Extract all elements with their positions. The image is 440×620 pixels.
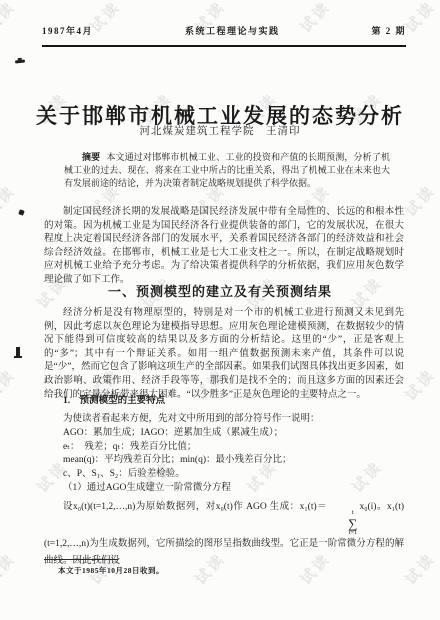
abstract: 摘要本文通过对邯郸市机械工业、工业的投资和产值的长期预测，分析了机械工业的过去、…	[64, 151, 390, 190]
watermark-text: 试读	[0, 180, 20, 221]
watermark-text: 试读	[400, 548, 440, 589]
abstract-text: 本文通过对邯郸市机械工业、工业的投资和产值的长期预测，分析了机械工业的过去、现在…	[64, 152, 390, 188]
summation-symbol: t∑i=1	[329, 510, 357, 536]
symbol-line-ago: AGO：累加生成；IAGO：逆累加生成（累减生成）；	[44, 427, 404, 441]
ink-smudge-middle	[18, 209, 24, 215]
watermark-text: 试读	[400, 364, 440, 405]
abstract-label: 摘要	[82, 152, 100, 162]
ink-smudge-top	[15, 59, 25, 63]
paragraph-intro: 制定国民经济长期的发展战略是国民经济发展中带有全局性的、长远的和根本性的对策。因…	[44, 206, 404, 288]
watermark-text: 试读	[0, 548, 20, 589]
symbol-line-posterior: c、P、S₁、S₂：后验差检验。	[44, 468, 404, 482]
symbol-definitions: 为使读者看起来方便，先对文中所用到的部分符号作一说明： AGO：累加生成；IAG…	[44, 413, 404, 496]
summation-lower-limit: i=1	[329, 530, 357, 537]
ink-smudge-lower	[16, 347, 20, 358]
journal-name: 系统工程理论与实践	[185, 24, 280, 37]
subsection-heading: 1. 预测模型的主要特点	[44, 392, 165, 406]
symbol-line-step1: （1）通过AGO生成建立一阶常微分方程	[44, 482, 404, 496]
sigma-icon: ∑	[329, 517, 357, 530]
journal-issue: 第 2 期	[371, 24, 406, 37]
formula-before: 设x₀(t)(t=1,2,…,n)为原始数据列，对x₀(t)作 AGO 生成：x…	[63, 502, 327, 512]
watermark-text: 试读	[400, 0, 440, 37]
footnote: 本文于1985年10月28日收到。	[58, 565, 164, 576]
watermark-text: 试读	[0, 364, 20, 405]
watermark-text: 试读	[0, 0, 20, 37]
section-heading: 一、预测模型的建立及有关预测结果	[0, 281, 440, 300]
footnote-divider	[44, 559, 118, 560]
symbol-intro-line: 为使读者看起来方便，先对文中所用到的部分符号作一说明：	[44, 413, 404, 427]
journal-date: 1987年4月	[42, 24, 93, 37]
watermark-text: 试读	[400, 180, 440, 221]
journal-header: 1987年4月 系统工程理论与实践 第 2 期	[42, 24, 406, 47]
author-line: 河北煤炭建筑工程学院 王清印	[0, 123, 440, 138]
symbol-line-residual: eₜ： 残差；qₜ：残差百分比值；	[44, 441, 404, 455]
document-page: 试读试读试读试读试读试读试读试读试读试读试读试读试读试读试读试读试读试读试读试读…	[0, 0, 440, 620]
symbol-line-mean-min: mean(q)：平均残差百分比；min(q)：最小残差百分比；	[44, 454, 404, 468]
paragraph-analysis: 经济分析是没有物理原型的，特别是对一个市的机械工业进行预测又未见到先例，因此考虑…	[44, 307, 404, 402]
